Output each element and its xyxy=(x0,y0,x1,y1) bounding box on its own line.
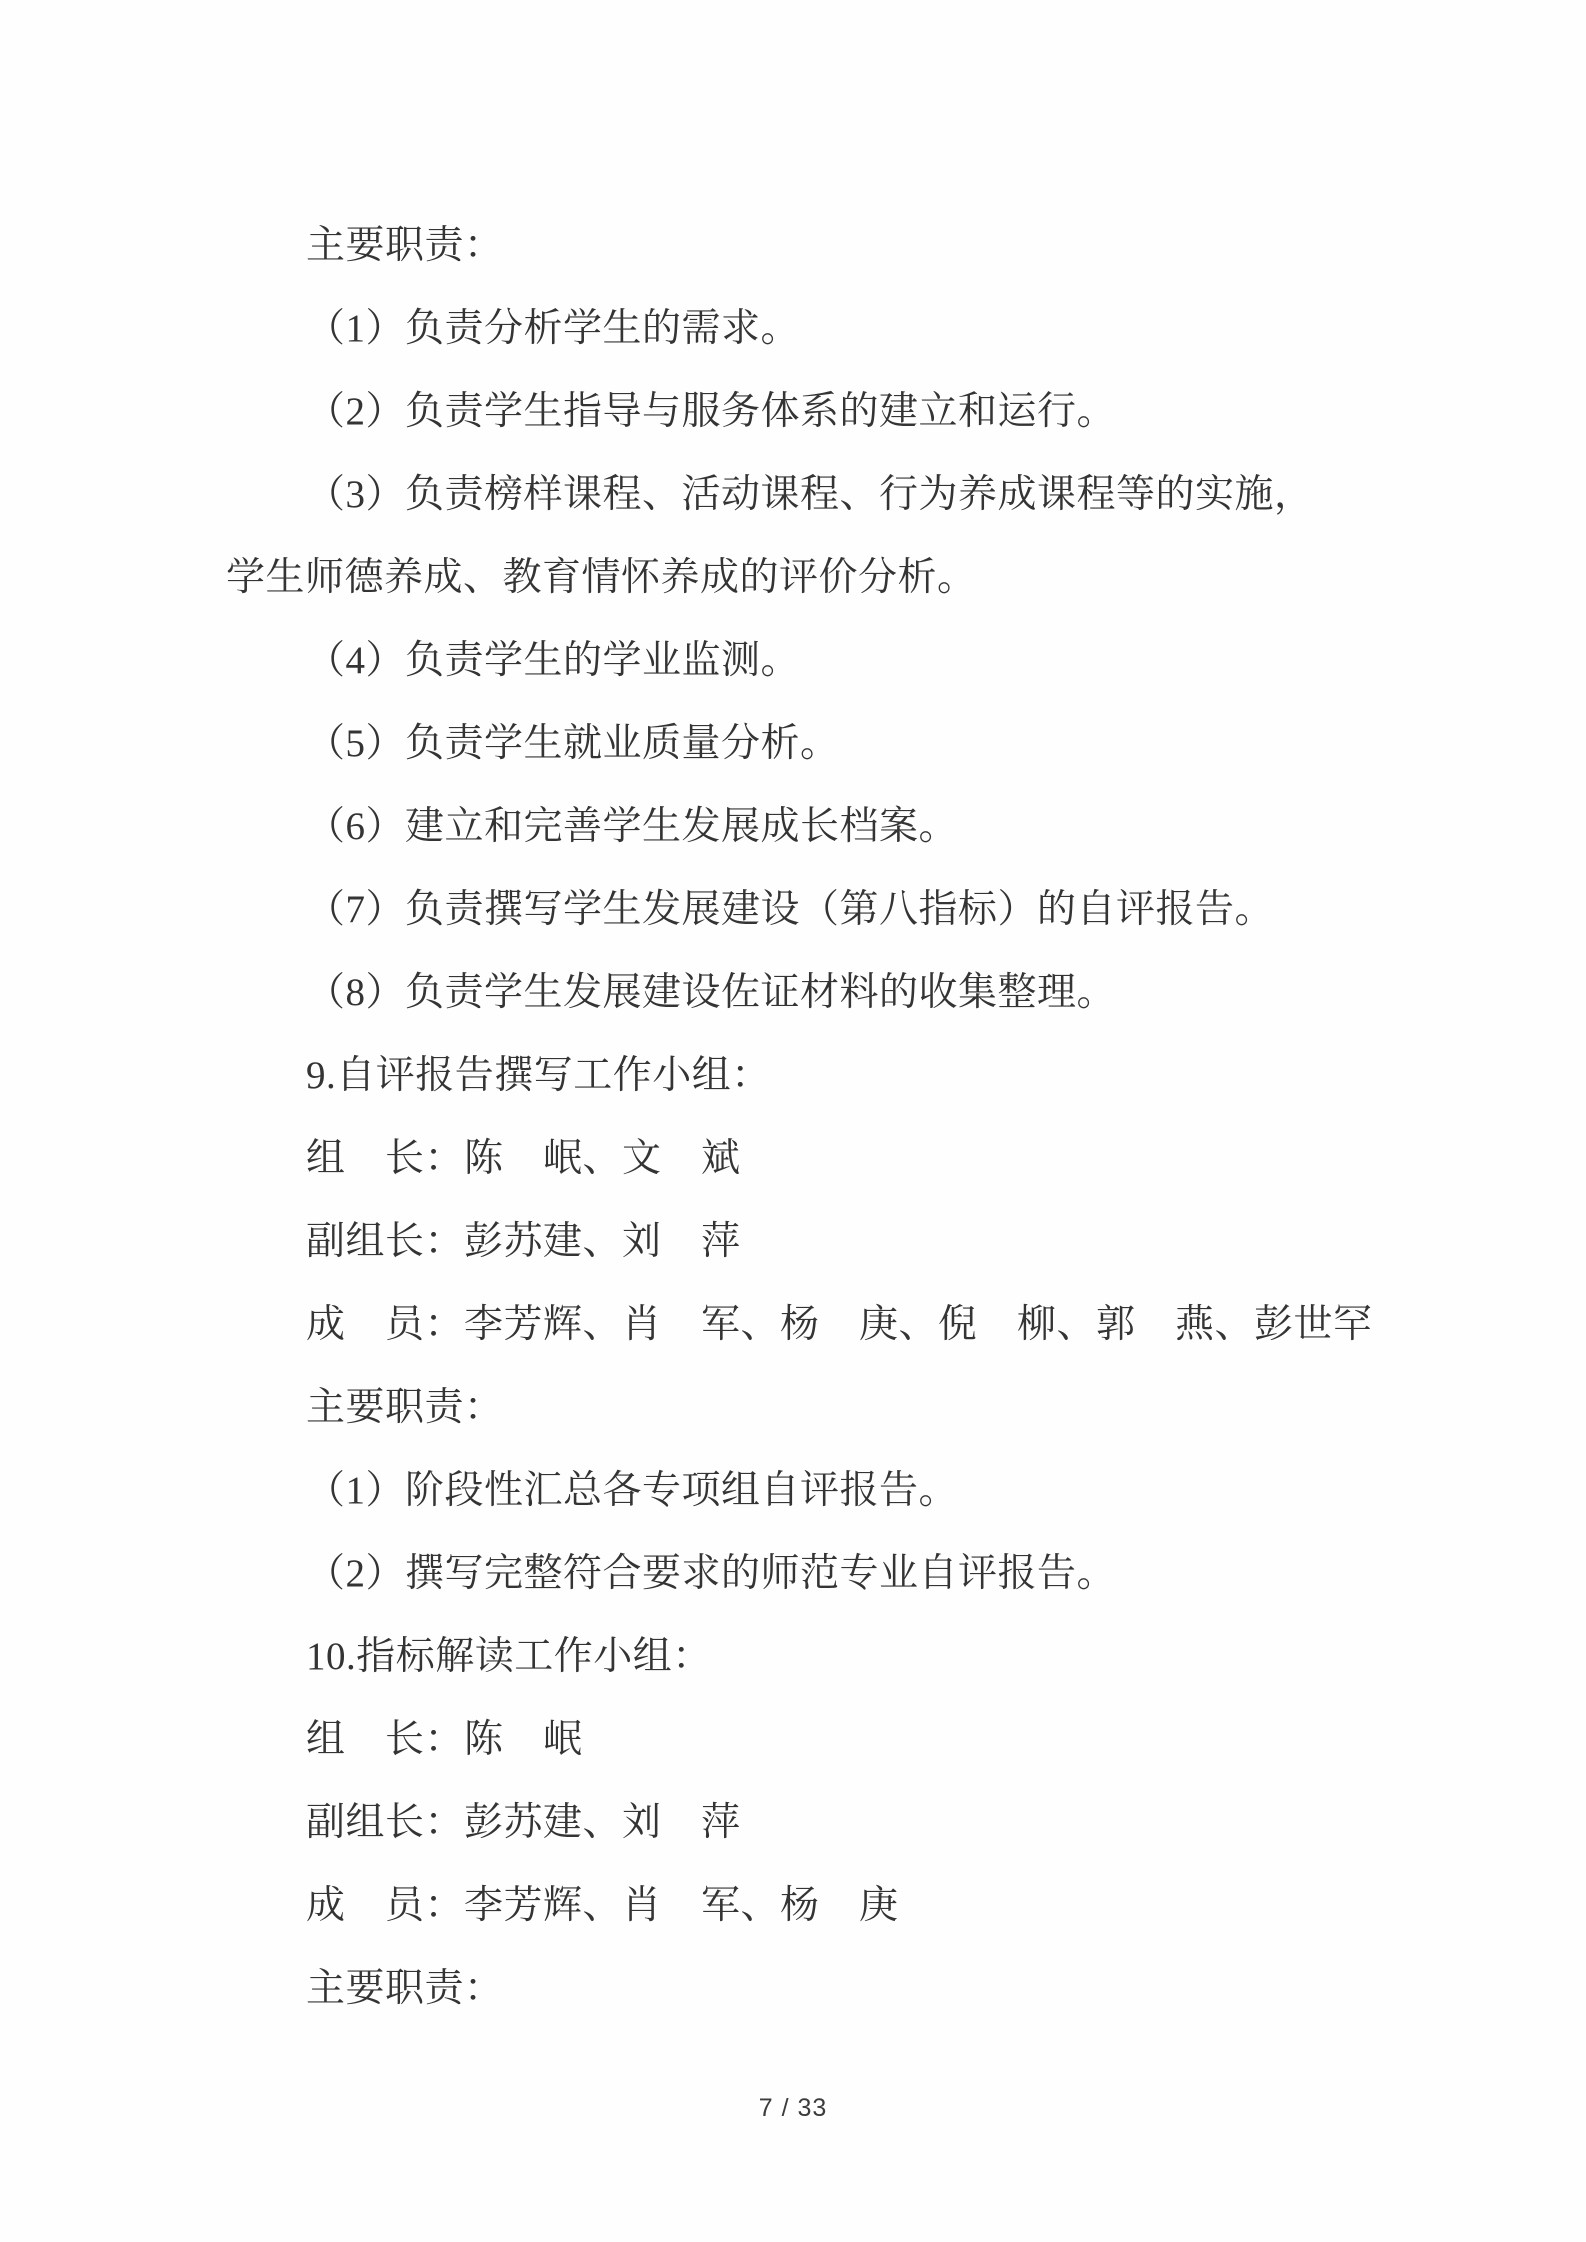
text-line-11: 9.自评报告撰写工作小组： xyxy=(226,1034,1516,1117)
text-line-15: 主要职责： xyxy=(226,1366,1516,1449)
text-line-18: 10.指标解读工作小组： xyxy=(226,1615,1516,1698)
text-line-8: （6）建立和完善学生发展成长档案。 xyxy=(226,785,1516,868)
text-line-16: （1）阶段性汇总各专项组自评报告。 xyxy=(226,1449,1516,1532)
text-line-4: （3）负责榜样课程、活动课程、行为养成课程等的实施， xyxy=(226,453,1516,536)
text-line-9: （7）负责撰写学生发展建设（第八指标）的自评报告。 xyxy=(226,868,1516,951)
text-line-19: 组 长：陈 岷 xyxy=(226,1698,1516,1781)
text-line-14: 成 员：李芳辉、肖 军、杨 庚、倪 柳、郭 燕、彭世罕 xyxy=(226,1283,1516,1366)
text-line-13: 副组长：彭苏建、刘 萍 xyxy=(226,1200,1516,1283)
text-line-3: （2）负责学生指导与服务体系的建立和运行。 xyxy=(226,370,1516,453)
text-line-6: （4）负责学生的学业监测。 xyxy=(226,619,1516,702)
text-line-12: 组 长：陈 岷、文 斌 xyxy=(226,1117,1516,1200)
text-line-2: （1）负责分析学生的需求。 xyxy=(226,287,1516,370)
text-line-1: 主要职责： xyxy=(226,204,1516,287)
document-body: 主要职责：（1）负责分析学生的需求。（2）负责学生指导与服务体系的建立和运行。（… xyxy=(226,204,1516,2030)
document-page: 主要职责：（1）负责分析学生的需求。（2）负责学生指导与服务体系的建立和运行。（… xyxy=(0,0,1586,2242)
text-line-22: 主要职责： xyxy=(226,1947,1516,2030)
text-line-17: （2）撰写完整符合要求的师范专业自评报告。 xyxy=(226,1532,1516,1615)
text-line-5: 学生师德养成、教育情怀养成的评价分析。 xyxy=(226,536,1516,619)
text-line-10: （8）负责学生发展建设佐证材料的收集整理。 xyxy=(226,951,1516,1034)
text-line-20: 副组长：彭苏建、刘 萍 xyxy=(226,1781,1516,1864)
text-line-21: 成 员：李芳辉、肖 军、杨 庚 xyxy=(226,1864,1516,1947)
page-number: 7 / 33 xyxy=(0,2094,1586,2123)
text-line-7: （5）负责学生就业质量分析。 xyxy=(226,702,1516,785)
